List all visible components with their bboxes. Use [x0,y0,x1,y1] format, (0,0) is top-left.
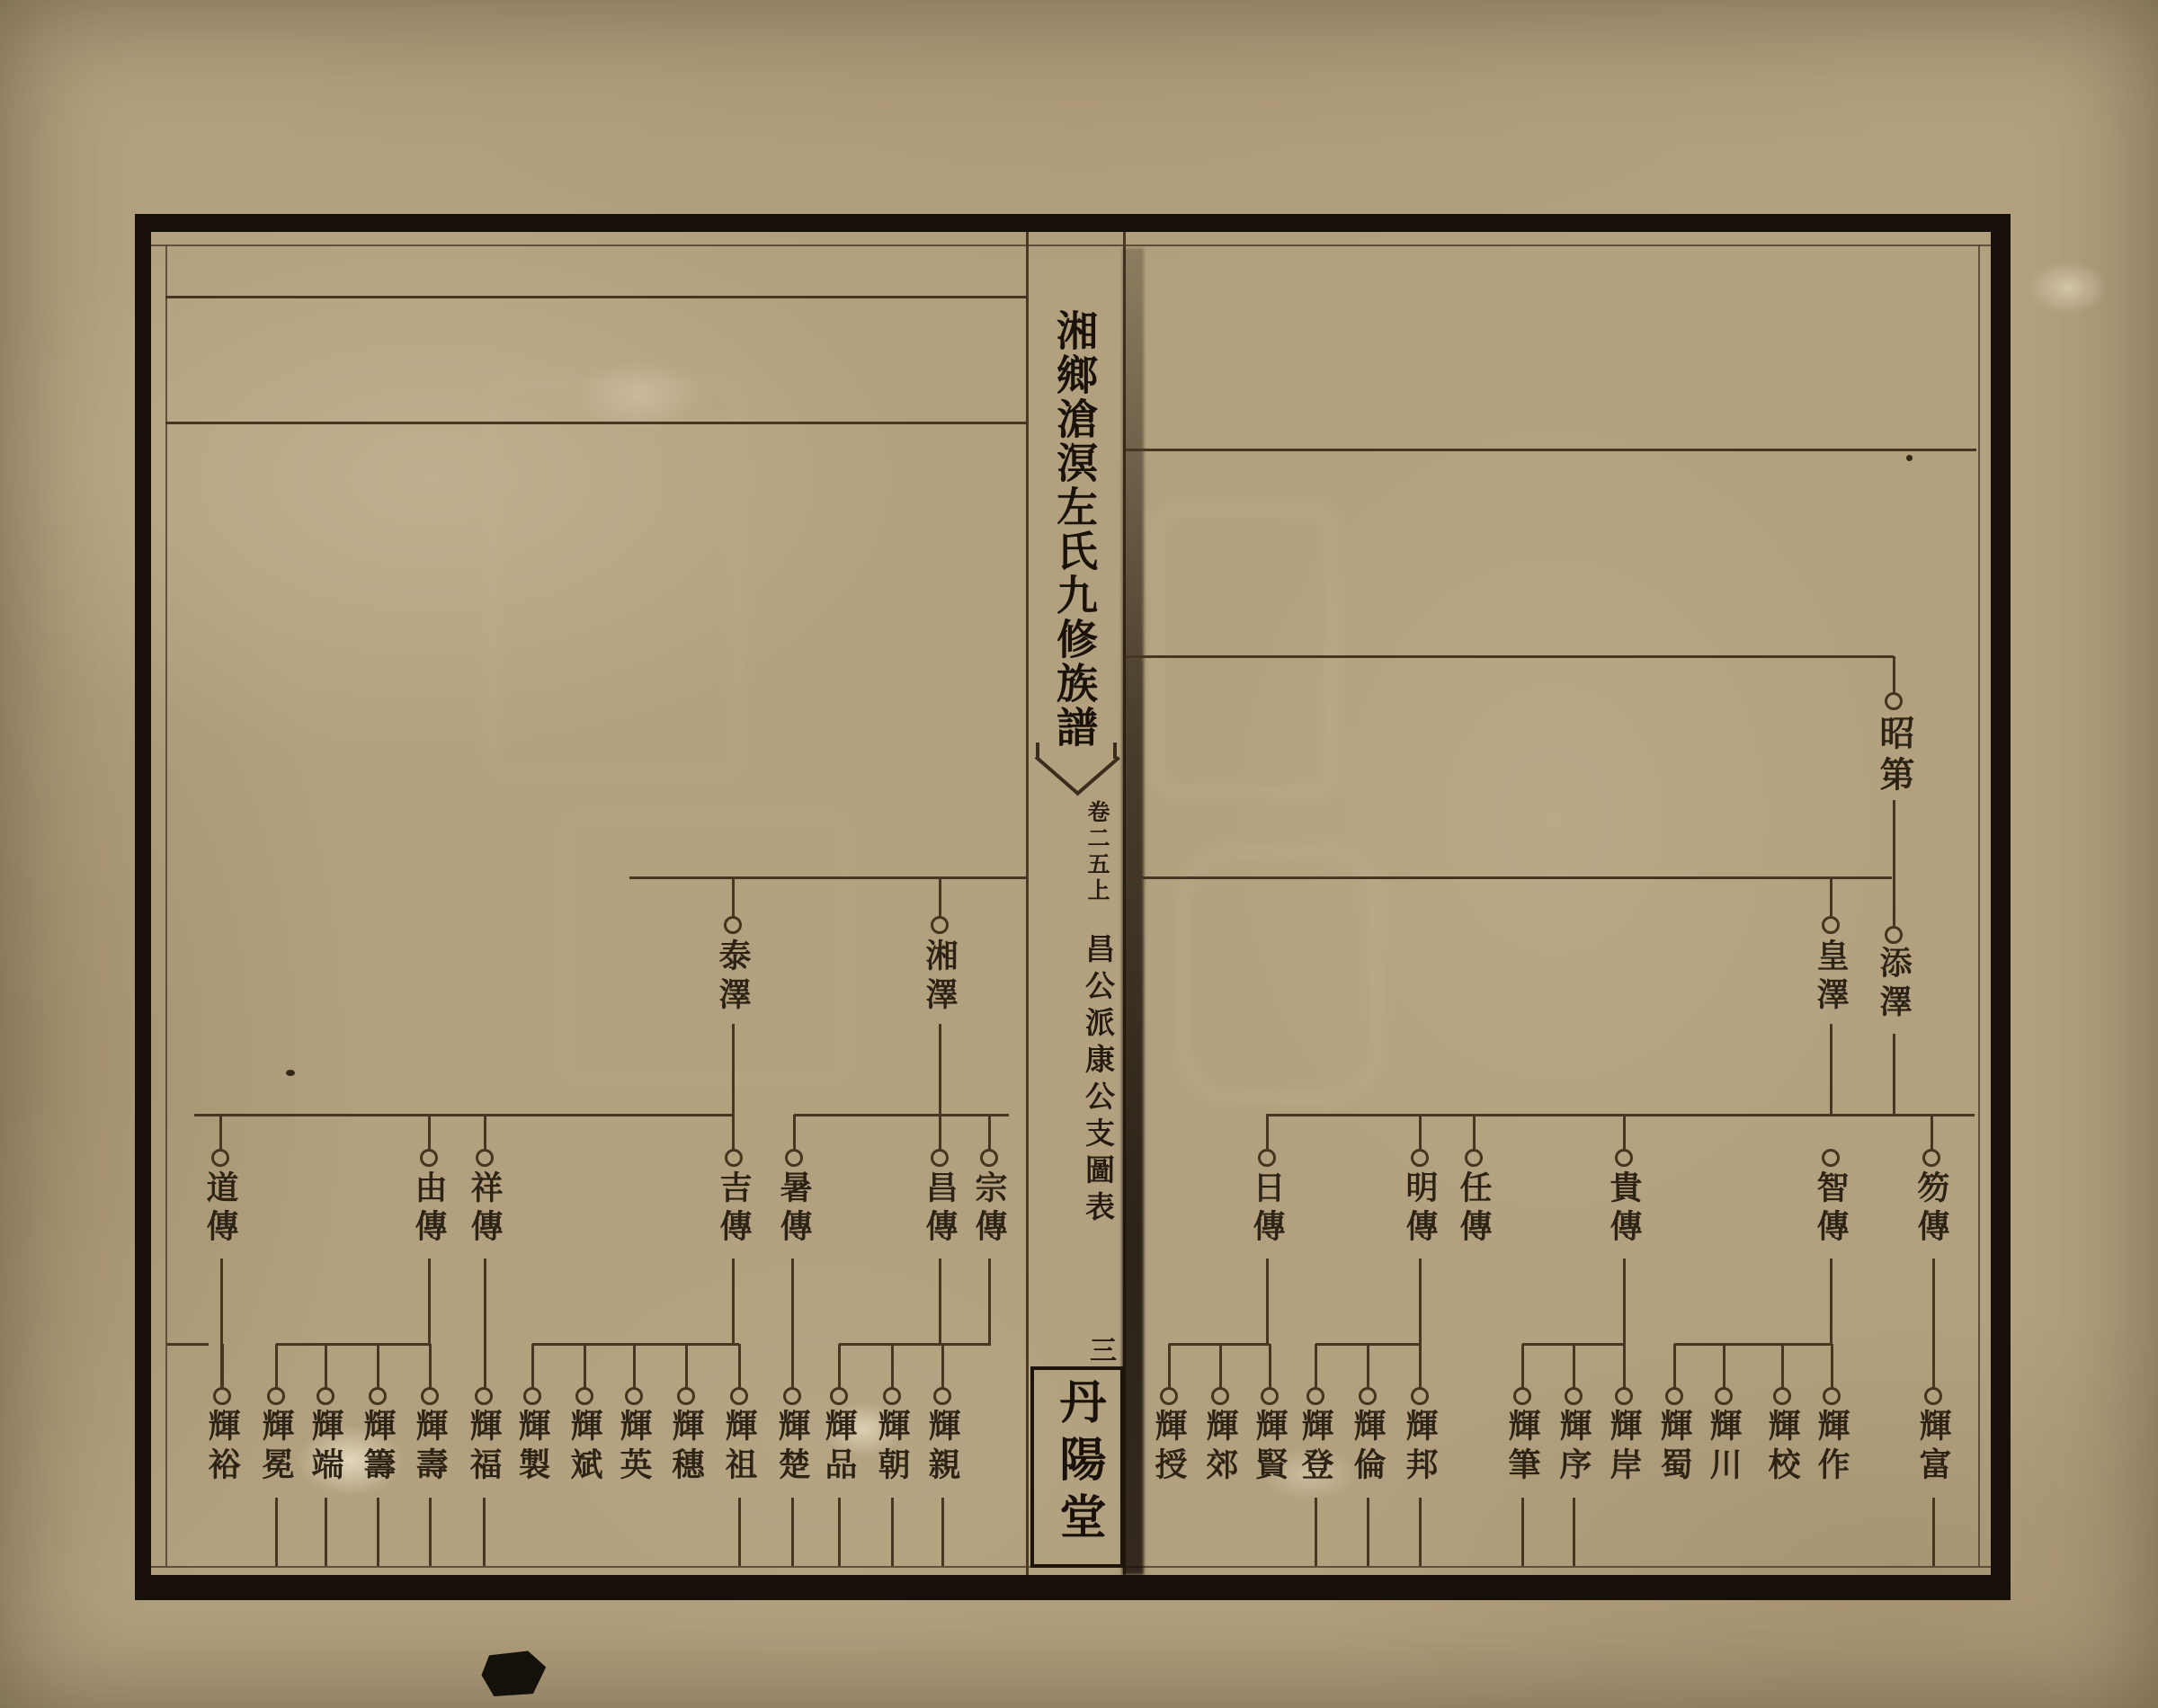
person-name: 智傳 [1813,1170,1849,1248]
tree-line-h [1126,876,1892,879]
person-name: 日傳 [1249,1170,1285,1248]
inner-rule-top [151,245,1991,246]
tree-line-v [1893,1034,1895,1116]
tree-line-h [942,1343,991,1346]
tree-line-v [1573,1498,1575,1566]
tree-line-h [1674,1343,1832,1346]
tree-line-v [1623,1259,1626,1346]
person-circle [1665,1387,1683,1405]
person-circle [213,1387,231,1405]
tree-line-h [1266,1114,1975,1116]
person-name: 輝倫 [1350,1409,1386,1486]
tree-line-v [1521,1498,1524,1566]
person-circle [625,1387,643,1405]
person-circle [725,1149,743,1167]
tree-line-v [1623,1344,1626,1387]
person-circle [211,1149,229,1167]
tree-line-v [221,1344,224,1387]
tree-line-v [939,1024,941,1150]
tree-line-v [738,1498,741,1566]
person-circle [783,1387,801,1405]
tree-line-h [194,1114,735,1116]
tree-line-v [1932,1498,1935,1566]
frame-right [1991,214,2011,1600]
frame-top [135,214,2011,232]
tree-line-v [838,1498,841,1566]
person-circle [1160,1387,1178,1405]
tree-line-v [1723,1344,1726,1387]
person-name: 輝郊 [1202,1409,1238,1486]
person-circle [1411,1149,1429,1167]
tree-line-v [429,1344,432,1387]
person-name: 輝製 [514,1409,550,1486]
tree-line-v [1266,1115,1269,1149]
person-name: 輝登 [1297,1409,1333,1486]
person-name: 輝福 [466,1409,502,1486]
person-circle [1465,1149,1483,1167]
person-circle [677,1387,695,1405]
tree-line-h [794,1114,1009,1116]
tree-line-v [838,1344,841,1387]
person-circle [317,1387,334,1405]
tree-line-v [1830,1024,1833,1116]
person-circle [933,1387,951,1405]
person-name: 笏傳 [1913,1170,1949,1248]
person-circle [1885,926,1903,944]
tree-line-v [633,1344,636,1387]
tree-line-h [629,876,1027,879]
tree-line-h [165,296,1027,298]
person-circle [1513,1387,1531,1405]
person-circle [1306,1387,1324,1405]
tree-line-v [988,1115,991,1149]
person-name: 輝作 [1814,1409,1850,1486]
frame-left [135,214,151,1600]
person-name: 皇澤 [1813,939,1849,1016]
tree-line-v [1831,1344,1833,1387]
person-circle [1411,1387,1429,1405]
person-name: 宗傳 [971,1170,1007,1248]
genealogy-sheet: 湘鄉滄溟左氏九修族譜 卷二五上 昌公派康公支圖表 三 丹陽堂 昭第添澤皇澤湘澤泰… [0,0,2158,1708]
tree-line-v [1315,1498,1317,1566]
tree-line-v [1830,1259,1833,1346]
fold-gutter-shadow [1122,248,1144,1575]
tree-line-v [1266,1259,1269,1346]
tree-line-v [1781,1344,1784,1387]
tree-line-v [377,1498,379,1566]
tree-line-v [732,1024,735,1150]
person-circle [1565,1387,1583,1405]
person-name: 泰澤 [715,939,751,1016]
tree-line-v [429,1498,432,1566]
tree-line-v [1573,1344,1575,1387]
person-name: 吉傳 [716,1170,752,1248]
tree-line-v [1419,1344,1422,1387]
tree-line-v [1367,1498,1369,1566]
person-circle [931,916,949,934]
person-circle [724,916,742,934]
person-circle [523,1387,541,1405]
tree-line-h [1126,655,1894,658]
tree-line-v [1623,1115,1626,1149]
person-circle [931,1149,949,1167]
person-name: 輝英 [616,1409,652,1486]
ink-speck [1906,455,1913,461]
tree-line-v [738,1344,741,1387]
person-name: 輝川 [1706,1409,1742,1486]
tree-line-v [1168,1344,1171,1387]
tree-line-v [1419,1115,1422,1149]
tree-line-v [1367,1344,1369,1387]
person-circle [1822,1149,1840,1167]
person-name: 祥傳 [467,1170,503,1248]
person-circle [421,1387,439,1405]
person-name: 輝品 [821,1409,857,1486]
tree-line-v [275,1498,278,1566]
tree-line-v [219,1115,222,1149]
tree-line-v [685,1344,688,1387]
person-name: 輝授 [1151,1409,1187,1486]
tree-line-v [1419,1259,1422,1346]
fold-line-left [1026,232,1029,1575]
page-number: 三 [1084,1336,1115,1363]
person-circle [1615,1149,1633,1167]
tree-line-v [1269,1344,1271,1387]
person-name: 昌傳 [922,1170,958,1248]
person-name: 輝斌 [566,1409,602,1486]
tree-line-v [325,1344,327,1387]
person-name: 暑傳 [776,1170,812,1248]
person-circle [830,1387,848,1405]
tree-line-h [167,1343,209,1346]
person-name: 輝富 [1915,1409,1951,1486]
tree-line-v [428,1259,431,1346]
book-title: 湘鄉滄溟左氏九修族譜 [1050,309,1097,750]
tree-line-v [939,877,941,917]
tree-line-v [1521,1344,1524,1387]
person-circle [1924,1387,1942,1405]
person-circle [980,1149,998,1167]
tree-line-v [891,1344,894,1387]
person-name: 輝蜀 [1656,1409,1692,1486]
person-name: 輝穗 [668,1409,704,1486]
person-name: 輝校 [1764,1409,1800,1486]
tree-line-v [1893,800,1895,926]
tree-line-v [1830,877,1833,917]
tree-line-v [1419,1498,1422,1566]
tree-line-v [891,1498,894,1566]
tree-line-v [1932,1259,1935,1387]
tree-line-v [377,1344,379,1387]
person-name: 輝壽 [412,1409,448,1486]
person-name: 輝岸 [1606,1409,1642,1486]
person-circle [1922,1149,1940,1167]
tree-line-v [1673,1344,1676,1387]
person-circle [1885,692,1903,710]
inner-rule-left [165,245,167,1566]
tree-line-v [484,1115,486,1149]
tree-line-v [1219,1344,1222,1387]
person-name: 輝籌 [360,1409,396,1486]
tree-line-h [165,422,1027,424]
person-name: 道傳 [202,1170,238,1248]
ink-speck [286,1070,295,1076]
tree-line-v [941,1344,944,1387]
person-name: 輝親 [924,1409,960,1486]
tree-line-v [275,1344,278,1387]
tree-line-v [483,1498,486,1566]
tree-line-v [791,1498,794,1566]
person-name: 輝端 [308,1409,343,1486]
tree-line-h [1126,449,1976,451]
person-circle [1615,1387,1633,1405]
tree-line-h [276,1343,429,1346]
volume-label: 卷二五上 [1083,800,1110,904]
person-name: 添澤 [1876,946,1912,1023]
person-circle [1258,1149,1276,1167]
person-circle [476,1149,494,1167]
person-name: 昭第 [1876,715,1912,797]
inner-rule-right [1978,245,1980,1566]
tree-line-v [1931,1115,1933,1149]
tree-line-v [791,1259,794,1387]
person-circle [1359,1387,1377,1405]
person-circle [475,1387,493,1405]
tree-line-v [584,1344,586,1387]
person-name: 任傳 [1456,1170,1492,1248]
tree-line-v [484,1259,486,1387]
person-name: 輝朝 [874,1409,910,1486]
tree-line-v [325,1498,327,1566]
person-name: 輝賢 [1252,1409,1288,1486]
person-name: 輝序 [1556,1409,1592,1486]
person-name: 輝筆 [1504,1409,1540,1486]
person-circle [369,1387,387,1405]
tree-line-v [793,1115,796,1149]
tree-line-v [428,1115,431,1149]
person-name: 貴傳 [1606,1170,1642,1248]
person-name: 輝祖 [721,1409,757,1486]
person-name: 明傳 [1402,1170,1438,1248]
person-circle [785,1149,803,1167]
person-circle [1773,1387,1791,1405]
person-circle [1823,1387,1841,1405]
frame-bottom [135,1575,2011,1600]
person-circle [730,1387,748,1405]
person-circle [1261,1387,1279,1405]
tree-line-v [939,1259,941,1346]
tree-line-v [732,877,735,917]
tree-line-v [531,1344,534,1387]
tree-line-h [532,1343,739,1346]
person-name: 輝裕 [204,1409,240,1486]
person-circle [1715,1387,1733,1405]
person-circle [267,1387,285,1405]
person-name: 輝邦 [1402,1409,1438,1486]
person-name: 輝楚 [774,1409,810,1486]
tree-line-v [732,1259,735,1346]
hall-name: 丹陽堂 [1034,1377,1120,1550]
person-circle [420,1149,438,1167]
person-name: 由傳 [411,1170,447,1248]
tree-line-v [941,1498,944,1566]
person-circle [575,1387,593,1405]
person-circle [883,1387,901,1405]
tree-line-v [1315,1344,1317,1387]
tree-line-v [1893,656,1895,692]
tree-line-v [1473,1115,1476,1149]
chart-title: 昌公派康公支圖表 [1079,933,1115,1228]
person-name: 輝冕 [258,1409,294,1486]
person-name: 湘澤 [922,939,958,1016]
person-circle [1822,916,1840,934]
tree-line-v [988,1259,991,1346]
person-circle [1211,1387,1229,1405]
